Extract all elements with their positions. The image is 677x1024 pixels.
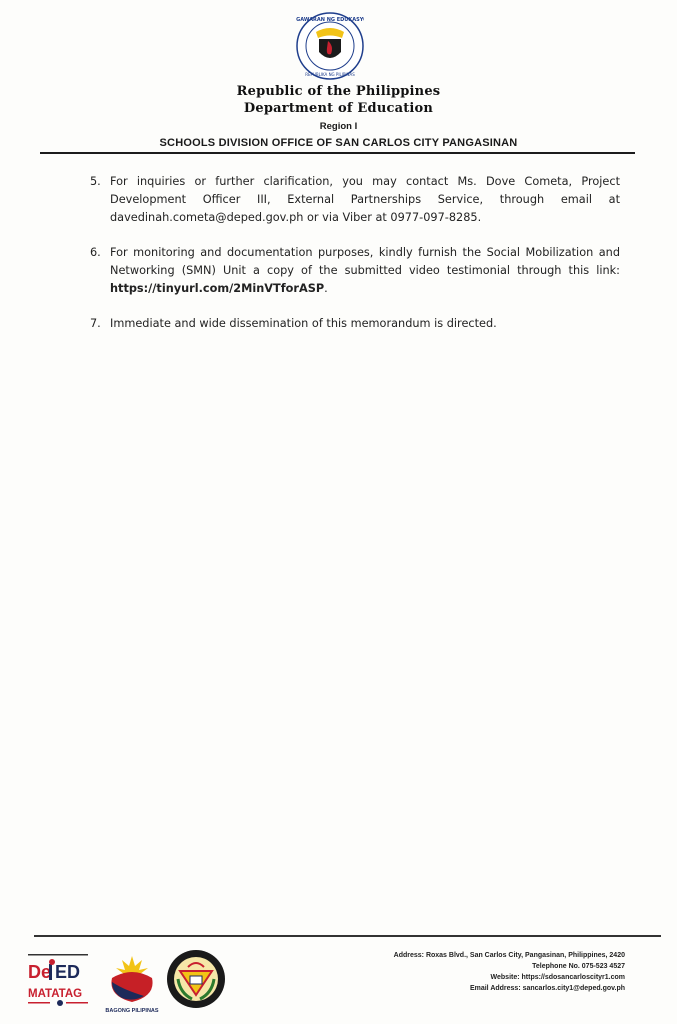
footer-website[interactable]: Website: https://sdosancarloscityr1.com	[394, 972, 625, 983]
item-text: For inquiries or further clarification, …	[110, 173, 620, 227]
memo-item-5: 5. For inquiries or further clarificatio…	[90, 173, 620, 227]
item-text-suffix: .	[324, 282, 328, 295]
sdo-san-carlos-seal-icon	[166, 949, 226, 1009]
footer-email[interactable]: Email Address: sancarlos.city1@deped.gov…	[394, 983, 625, 994]
footer-address: Address: Roxas Blvd., San Carlos City, P…	[394, 950, 625, 961]
svg-text:KAGAWARAN NG EDUKASYON: KAGAWARAN NG EDUKASYON	[296, 17, 364, 23]
item-text-body: For monitoring and documentation purpose…	[110, 246, 620, 277]
svg-text:De: De	[28, 962, 51, 982]
submission-link[interactable]: https://tinyurl.com/2MinVTforASP	[110, 282, 324, 295]
item-number: 7.	[90, 315, 101, 333]
bagong-pilipinas-logo-icon: BAGONG PILIPINAS	[104, 950, 160, 1016]
region-heading: Region I	[0, 121, 677, 132]
item-number: 5.	[90, 173, 101, 191]
memo-item-7: 7. Immediate and wide dissemination of t…	[90, 315, 620, 333]
deped-matatag-logo-icon: De ED MATATAG	[26, 952, 94, 1010]
republic-heading: Republic of the Philippines	[0, 84, 677, 99]
svg-text:BAGONG PILIPINAS: BAGONG PILIPINAS	[105, 1008, 159, 1014]
footer-telephone: Telephone No. 075-523 4527	[394, 961, 625, 972]
item-text: Immediate and wide dissemination of this…	[110, 315, 620, 333]
svg-text:ED: ED	[55, 962, 80, 982]
office-heading: SCHOOLS DIVISION OFFICE OF SAN CARLOS CI…	[0, 137, 677, 149]
item-text: For monitoring and documentation purpose…	[110, 244, 620, 298]
header-divider	[40, 152, 635, 154]
deped-seal-icon: KAGAWARAN NG EDUKASYON REPUBLIKA NG PILI…	[296, 12, 364, 80]
footer-contact: Address: Roxas Blvd., San Carlos City, P…	[394, 950, 625, 994]
svg-text:MATATAG: MATATAG	[28, 988, 82, 1000]
item-number: 6.	[90, 244, 101, 262]
footer-divider	[34, 935, 661, 937]
svg-text:REPUBLIKA NG PILIPINAS: REPUBLIKA NG PILIPINAS	[305, 72, 355, 77]
memo-item-6: 6. For monitoring and documentation purp…	[90, 244, 620, 298]
department-heading: Department of Education	[0, 101, 677, 116]
